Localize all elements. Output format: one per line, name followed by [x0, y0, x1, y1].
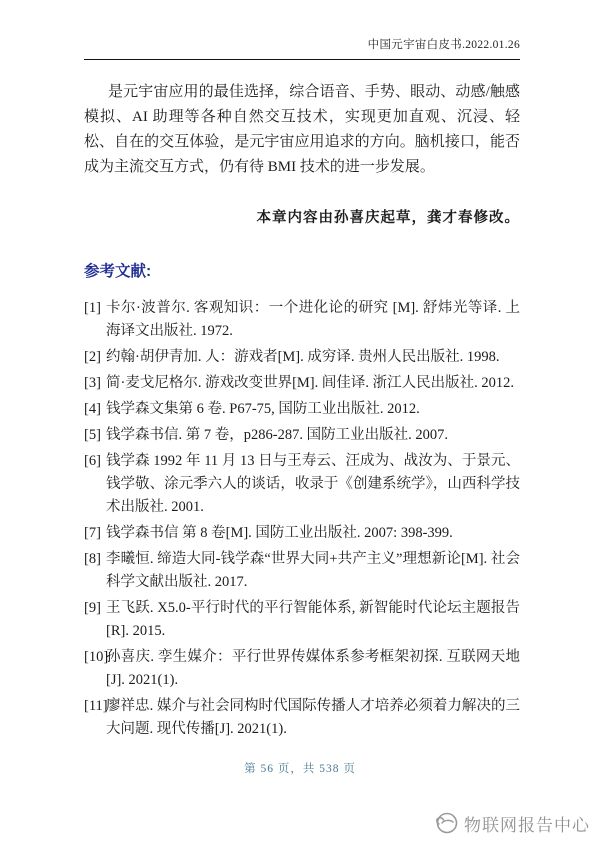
reference-item: [10] 孙喜庆. 孪生媒介：平行世界传媒体系参考框架初探. 互联网天地[J].…	[84, 646, 520, 692]
reference-number: [5]	[84, 424, 101, 447]
reference-number: [7]	[84, 522, 101, 545]
reference-number: [9]	[84, 597, 101, 620]
reference-item: [5] 钱学森书信. 第 7 卷，p286-287. 国防工业出版社. 2007…	[84, 424, 520, 447]
reference-item: [2] 约翰·胡伊青加. 人：游戏者[M]. 成穷译. 贵州人民出版社. 199…	[84, 346, 520, 369]
reference-text: 约翰·胡伊青加. 人：游戏者[M]. 成穷译. 贵州人民出版社. 1998.	[106, 349, 500, 365]
reference-number: [3]	[84, 372, 101, 395]
brand-watermark: 物联网报告中心	[433, 810, 590, 836]
reference-item: [6] 钱学森 1992 年 11 月 13 日与王寿云、汪成为、战汝为、于景元…	[84, 450, 520, 519]
reference-number: [2]	[84, 346, 101, 369]
reference-text: 钱学森书信 第 8 卷[M]. 国防工业出版社. 2007: 398-399.	[106, 525, 453, 541]
circle-logo-icon	[433, 810, 459, 836]
reference-number: [4]	[84, 398, 101, 421]
chapter-attribution: 本章内容由孙喜庆起草，龚才春修改。	[84, 206, 520, 227]
reference-number: [8]	[84, 548, 101, 571]
reference-item: [4] 钱学森文集第 6 卷. P67-75, 国防工业出版社. 2012.	[84, 398, 520, 421]
reference-text: 钱学森文集第 6 卷. P67-75, 国防工业出版社. 2012.	[106, 401, 420, 417]
reference-text: 王飞跃. X5.0-平行时代的平行智能体系, 新智能时代论坛主题报告[R]. 2…	[106, 600, 520, 639]
reference-number: [6]	[84, 450, 101, 473]
reference-item: [8] 李曦恒. 缔造大同-钱学森“世界大同+共产主义”理想新论[M]. 社会科…	[84, 548, 520, 594]
reference-list: [1] 卡尔·波普尔. 客观知识：一个进化论的研究 [M]. 舒炜光等译. 上海…	[84, 297, 520, 741]
header-rule-divider	[84, 59, 520, 60]
reference-text: 钱学森书信. 第 7 卷，p286-287. 国防工业出版社. 2007.	[106, 427, 448, 443]
running-header: 中国元宇宙白皮书.2022.01.26	[84, 36, 520, 52]
reference-text: 简·麦戈尼格尔. 游戏改变世界[M]. 闾佳译. 浙江人民出版社. 2012.	[106, 375, 514, 391]
body-paragraph: 是元宇宙应用的最佳选择，综合语音、手势、眼动、动感/触感模拟、AI 助理等各种自…	[84, 80, 520, 180]
reference-number: [11]	[84, 695, 108, 718]
reference-item: [1] 卡尔·波普尔. 客观知识：一个进化论的研究 [M]. 舒炜光等译. 上海…	[84, 297, 520, 343]
references-heading: 参考文献:	[84, 259, 520, 281]
reference-text: 卡尔·波普尔. 客观知识：一个进化论的研究 [M]. 舒炜光等译. 上海译文出版…	[106, 300, 520, 339]
reference-item: [7] 钱学森书信 第 8 卷[M]. 国防工业出版社. 2007: 398-3…	[84, 522, 520, 545]
reference-text: 廖祥忠. 媒介与社会同构时代国际传播人才培养必须着力解决的三大问题. 现代传播[…	[106, 698, 520, 737]
document-page: 中国元宇宙白皮书.2022.01.26 是元宇宙应用的最佳选择，综合语音、手势、…	[0, 0, 600, 848]
brand-name: 物联网报告中心	[464, 811, 590, 836]
reference-text: 钱学森 1992 年 11 月 13 日与王寿云、汪成为、战汝为、于景元、钱学敬…	[106, 453, 520, 515]
reference-text: 李曦恒. 缔造大同-钱学森“世界大同+共产主义”理想新论[M]. 社会科学文献出…	[106, 551, 520, 590]
reference-number: [10]	[84, 646, 108, 669]
reference-item: [9] 王飞跃. X5.0-平行时代的平行智能体系, 新智能时代论坛主题报告[R…	[84, 597, 520, 643]
page-content: 中国元宇宙白皮书.2022.01.26 是元宇宙应用的最佳选择，综合语音、手势、…	[0, 0, 600, 741]
reference-item: [11] 廖祥忠. 媒介与社会同构时代国际传播人才培养必须着力解决的三大问题. …	[84, 695, 520, 741]
page-number-footer: 第 56 页，共 538 页	[0, 760, 600, 776]
reference-text: 孙喜庆. 孪生媒介：平行世界传媒体系参考框架初探. 互联网天地[J]. 2021…	[106, 649, 520, 688]
reference-item: [3] 简·麦戈尼格尔. 游戏改变世界[M]. 闾佳译. 浙江人民出版社. 20…	[84, 372, 520, 395]
reference-number: [1]	[84, 297, 101, 320]
